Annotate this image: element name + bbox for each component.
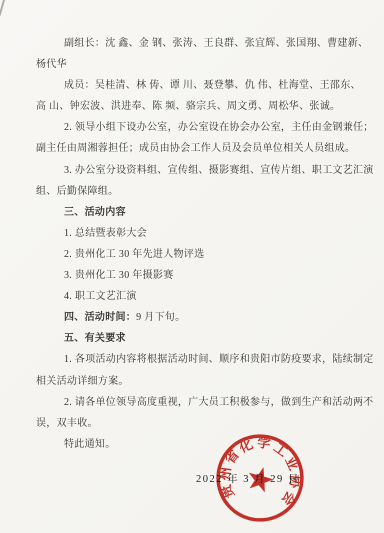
text-segment: 五、有关要求 (64, 333, 126, 344)
text-segment: 2. 领导小组下设办公室，办公室设在协会办公室，主任由金钢兼任； (64, 122, 374, 133)
text-line: 误，双丰收。 (36, 413, 360, 434)
seal-text: 贵州省化学工业协会 (217, 434, 304, 509)
scan-artifact (0, 0, 5, 16)
text-line: 相关活动详细方案。 (36, 371, 360, 392)
text-line: 2. 贵州化工 30 年先进人物评选 (36, 244, 360, 265)
text-line: 副组长：沈 鑫、金 钢、张涛、王良群、张宜辉、张国翔、曹建新、 (36, 33, 360, 54)
text-segment: 1. 总结暨表彰大会 (64, 228, 147, 239)
text-line: 杨代华 (36, 54, 360, 75)
text-segment: 3. 贵州化工 30 年摄影赛 (64, 270, 174, 281)
text-line: 2. 领导小组下设办公室，办公室设在协会办公室，主任由金钢兼任； (36, 117, 360, 138)
text-line: 副主任由周湘蓉担任；成员由协会工作人员及会员单位相关人员组成。 (36, 138, 360, 159)
svg-text:贵州省化学工业协会: 贵州省化学工业协会 (217, 434, 304, 509)
text-segment: 9 月下旬。 (136, 312, 185, 323)
text-segment: 高 山、钟宏波、洪进奉、陈 频、骆宗兵、周文勇、周松华、张诚。 (36, 101, 340, 112)
text-segment: 成员：吴桂清、林 俦、谭 川、聂登攀、仇 伟、杜海堂、王邵东、 (64, 80, 361, 91)
text-line: 成员：吴桂清、林 俦、谭 川、聂登攀、仇 伟、杜海堂、王邵东、 (36, 75, 360, 96)
text-segment: 3. 办公室分设资料组、宣传组、摄影赛组、宣传片组、职工文艺汇演 (64, 165, 374, 176)
text-segment: 4. 职工文艺汇演 (64, 291, 137, 302)
text-segment: 2. 贵州化工 30 年先进人物评选 (64, 249, 204, 260)
official-seal-stamp: 贵州省化学工业协会 (214, 432, 306, 524)
text-segment: 1. 各项活动内容将根据活动时间、顺序和贵阳市防疫要求，陆续制定 (64, 354, 374, 365)
text-line: 组、后勤保障组。 (36, 181, 360, 202)
text-segment: 三、活动内容 (64, 207, 126, 218)
text-line: 4. 职工文艺汇演 (36, 286, 360, 307)
text-line: 三、活动内容 (36, 202, 360, 223)
document-body: 副组长：沈 鑫、金 钢、张涛、王良群、张宜辉、张国翔、曹建新、杨代华成员：吴桂清… (36, 33, 360, 455)
text-line: 特此通知。 (36, 434, 360, 455)
text-segment: 副主任由周湘蓉担任；成员由协会工作人员及会员单位相关人员组成。 (36, 143, 355, 154)
text-segment: 组、后勤保障组。 (36, 186, 118, 197)
text-line: 五、有关要求 (36, 328, 360, 349)
text-segment: 四、活动时间： (64, 312, 136, 323)
text-line: 2. 请各单位领导高度重视，广大员工积极参与，做到生产和活动两不 (36, 392, 360, 413)
text-line: 1. 总结暨表彰大会 (36, 223, 360, 244)
text-segment: 相关活动详细方案。 (36, 376, 129, 387)
text-line: 四、活动时间：9 月下旬。 (36, 307, 360, 328)
text-segment: 2. 请各单位领导高度重视，广大员工积极参与，做到生产和活动两不 (64, 397, 374, 408)
text-line: 3. 办公室分设资料组、宣传组、摄影赛组、宣传片组、职工文艺汇演 (36, 160, 360, 181)
text-segment: 副组长：沈 鑫、金 钢、张涛、王良群、张宜辉、张国翔、曹建新、 (64, 38, 368, 49)
text-segment: 误，双丰收。 (36, 418, 98, 429)
document-page: 副组长：沈 鑫、金 钢、张涛、王良群、张宜辉、张国翔、曹建新、杨代华成员：吴桂清… (0, 0, 384, 533)
text-line: 高 山、钟宏波、洪进奉、陈 频、骆宗兵、周文勇、周松华、张诚。 (36, 96, 360, 117)
text-line: 1. 各项活动内容将根据活动时间、顺序和贵阳市防疫要求，陆续制定 (36, 349, 360, 370)
text-segment: 特此通知。 (64, 439, 116, 450)
text-segment: 杨代华 (36, 59, 67, 70)
star-icon (249, 467, 273, 492)
text-line: 3. 贵州化工 30 年摄影赛 (36, 265, 360, 286)
